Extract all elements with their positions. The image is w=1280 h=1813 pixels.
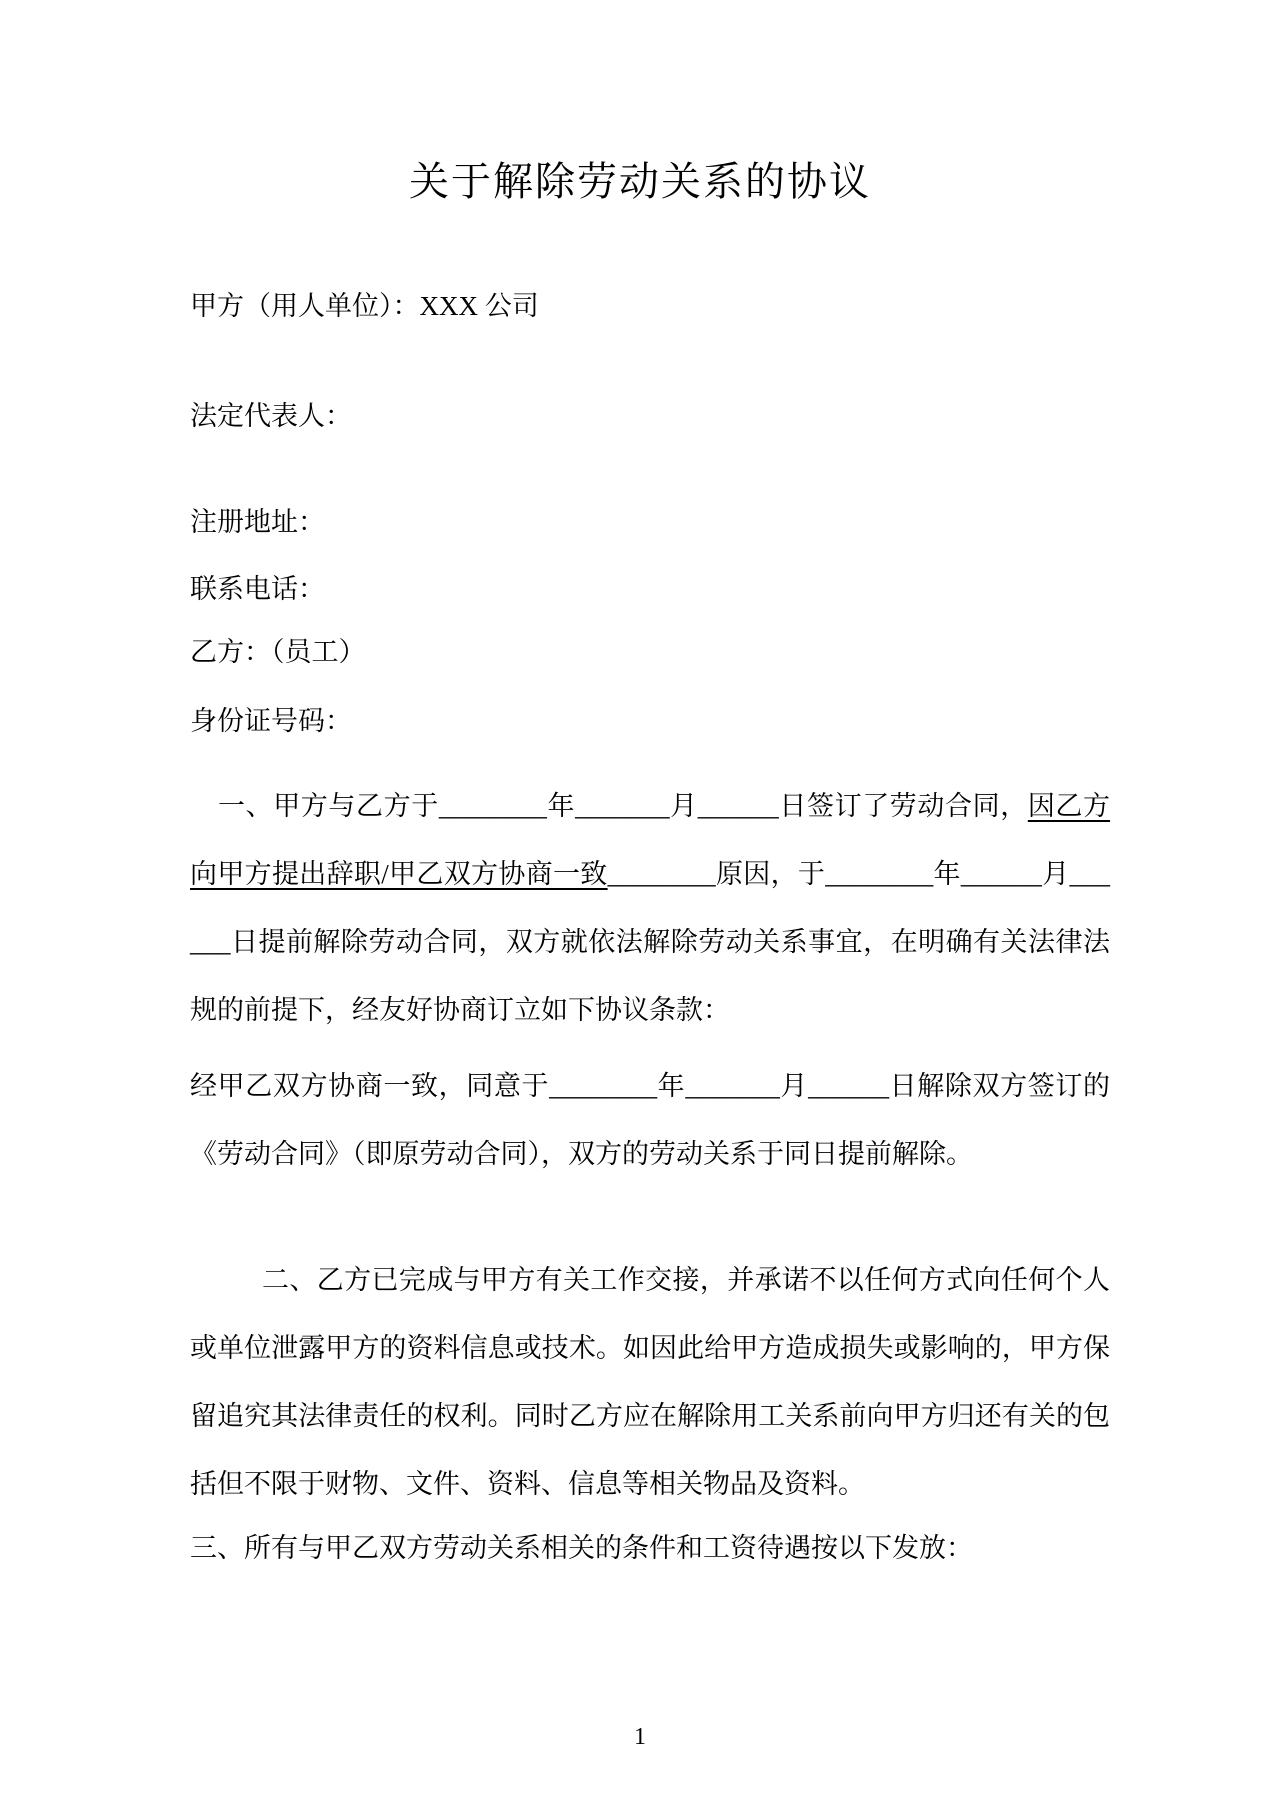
- contact-phone-line: 联系电话：: [190, 571, 1130, 607]
- id-number-line: 身份证号码：: [190, 703, 1130, 739]
- blank-fill-in-line: ________: [549, 1071, 657, 1101]
- clause-1-paragraph-2: 经甲乙双方协商一致，同意于________年_______月______日解除双…: [190, 1052, 1110, 1188]
- page-number: 1: [0, 1722, 1280, 1752]
- blank-fill-in-line: _______: [575, 791, 670, 821]
- party-b-line: 乙方：（员工）: [190, 634, 1130, 670]
- document-title: 关于解除劳动关系的协议: [0, 156, 1280, 208]
- text-run: 年: [547, 791, 575, 821]
- text-run: 日提前解除劳动合同，双方就依法解除劳动关系事宜，在明确有关法律法规的前提下，经友…: [190, 927, 1110, 1025]
- clause-1-paragraph-1: 一、甲方与乙方于________年_______月______日签订了劳动合同，…: [190, 772, 1110, 1044]
- text-run: 年: [933, 859, 961, 889]
- legal-representative-line: 法定代表人：: [190, 398, 1130, 434]
- blank-fill-in-line: ________: [439, 791, 547, 821]
- text-run: 一、甲方与乙方于: [218, 791, 439, 821]
- blank-fill-in-line: ________: [825, 859, 933, 889]
- text-run: 日签订了劳动合同，: [779, 791, 1028, 821]
- text-run: 原因，于: [716, 859, 826, 889]
- registered-address-line: 注册地址：: [190, 504, 1130, 540]
- text-run: 月: [670, 791, 698, 821]
- text-run: 月: [780, 1071, 808, 1101]
- blank-fill-in-line: ______: [698, 791, 779, 821]
- text-run: 经甲乙双方协商一致，同意于: [190, 1071, 549, 1101]
- clause-3-paragraph: 三、所有与甲乙双方劳动关系相关的条件和工资待遇按以下发放：: [190, 1514, 1110, 1582]
- text-run: 月: [1042, 859, 1070, 889]
- blank-fill-in-line: ______: [808, 1071, 889, 1101]
- document-page: 关于解除劳动关系的协议 甲方（用人单位）：XXX 公司 法定代表人： 注册地址：…: [0, 0, 1280, 1813]
- party-a-line: 甲方（用人单位）：XXX 公司: [190, 288, 1130, 324]
- blank-fill-in-line: _______: [685, 1071, 780, 1101]
- text-run: 年: [657, 1071, 685, 1101]
- clause-2-paragraph: 二、乙方已完成与甲方有关工作交接，并承诺不以任何方式向任何个人或单位泄露甲方的资…: [190, 1246, 1110, 1518]
- blank-fill-in-line: ________: [608, 859, 716, 889]
- blank-fill-in-line: ______: [961, 859, 1042, 889]
